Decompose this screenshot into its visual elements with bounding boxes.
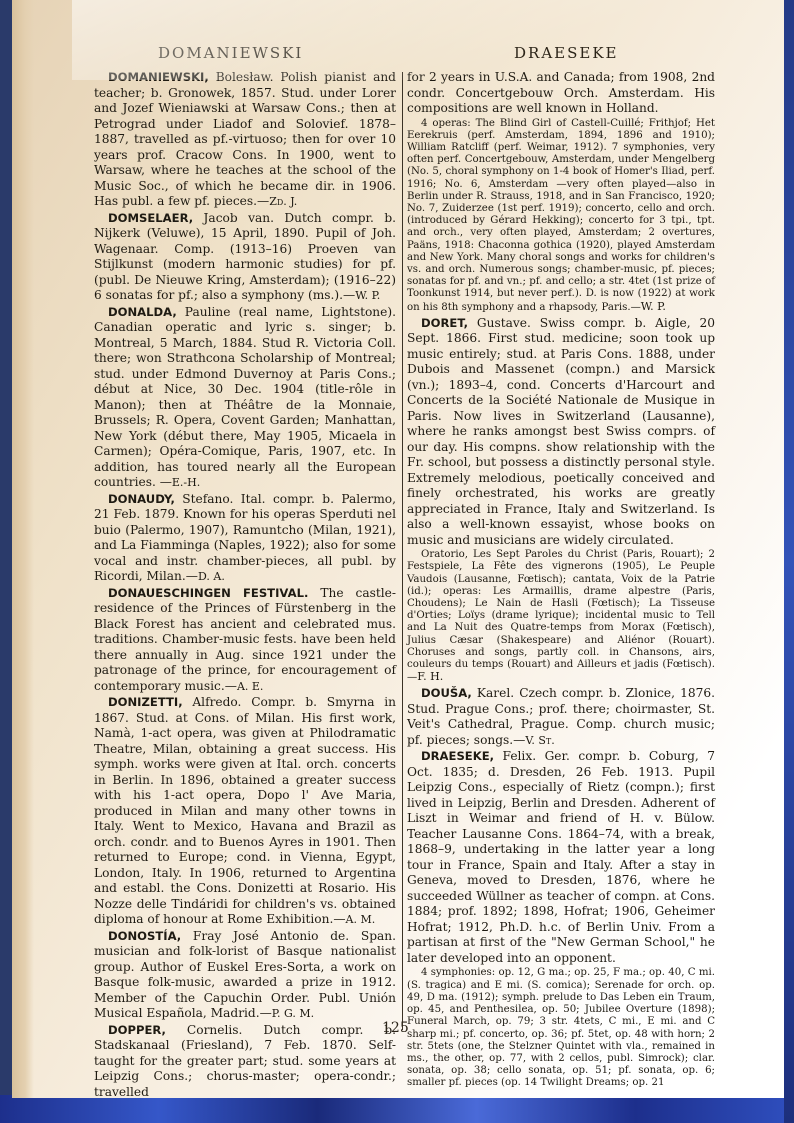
contributor-signature: A. E. bbox=[237, 680, 263, 693]
entry-domselaer: DOMSELAER, Jacob van. Dutch compr. b. Ni… bbox=[94, 211, 396, 304]
column-divider bbox=[402, 72, 403, 1030]
entry-donaudy: DONAUDY, Stefano. Ital. compr. b. Palerm… bbox=[94, 492, 396, 585]
entry-draeseke: DRAESEKE, Felix. Ger. compr. b. Coburg, … bbox=[407, 749, 715, 966]
entry-donaueschingen-festival: DONAUESCHINGEN FESTIVAL. The castle-resi… bbox=[94, 586, 396, 695]
contributor-signature: F. H. bbox=[417, 670, 443, 683]
running-head-left: DOMANIEWSKI bbox=[158, 44, 303, 62]
running-head-right: DRAESEKE bbox=[514, 44, 618, 62]
entry-doret: DORET, Gustave. Swiss compr. b. Aigle, 2… bbox=[407, 316, 715, 549]
contributor-signature: D. A. bbox=[198, 570, 225, 583]
page-number: 125 bbox=[382, 1020, 409, 1036]
right-column: for 2 years in U.S.A. and Canada; from 1… bbox=[407, 70, 715, 1092]
headword: DOMANIEWSKI, bbox=[108, 70, 209, 84]
works-list: 4 operas: The Blind Girl of Castell-Cuil… bbox=[407, 118, 715, 313]
headword: DONOSTÍA, bbox=[108, 929, 181, 943]
contributor-signature: W. P. bbox=[641, 300, 666, 313]
entry-text: Canadian operatic and lyric s. singer; b… bbox=[94, 320, 396, 489]
entry-name: Karel. bbox=[472, 686, 514, 700]
entry-name: Fray José Antonio de. bbox=[181, 929, 349, 943]
headword: DONAUESCHINGEN FESTIVAL. bbox=[108, 586, 308, 600]
entry-draeseke-works: 4 symphonies: op. 12, G ma.; op. 25, F m… bbox=[407, 967, 715, 1089]
entry-name: Gustave. bbox=[468, 316, 531, 330]
headword: DONALDA, bbox=[108, 305, 177, 319]
entry-domaniewski: DOMANIEWSKI, Bolesław. Polish pianist an… bbox=[94, 70, 396, 210]
contributor-signature: P. G. M. bbox=[272, 1007, 314, 1020]
entry-text: Polish pianist and teacher; b. Gronowek,… bbox=[94, 70, 396, 208]
entry-dopper: DOPPER, Cornelis. Dutch compr. b. Stadsk… bbox=[94, 1023, 396, 1101]
left-column: DOMANIEWSKI, Bolesław. Polish pianist an… bbox=[94, 70, 396, 1101]
contributor-signature: Zd. J. bbox=[269, 195, 297, 208]
contributor-signature: V. St. bbox=[525, 734, 554, 747]
book-page: DOMANIEWSKI DRAESEKE DOMANIEWSKI, Bolesł… bbox=[12, 0, 784, 1098]
entry-name: Pauline (real name, Lightstone). bbox=[177, 305, 396, 319]
headword: DONIZETTI, bbox=[108, 695, 183, 709]
headword: DRAESEKE, bbox=[421, 749, 494, 763]
headword: DOMSELAER, bbox=[108, 211, 193, 225]
headword: DOUŠA, bbox=[421, 686, 472, 700]
entry-donalda: DONALDA, Pauline (real name, Lightstone)… bbox=[94, 305, 396, 491]
entry-doret-works: Oratorio, Les Sept Paroles du Christ (Pa… bbox=[407, 549, 715, 684]
entry-text: Swiss compr. b. Aigle, 20 Sept. 1866. Fi… bbox=[407, 316, 715, 547]
works-list: 4 symphonies: op. 12, G ma.; op. 25, F m… bbox=[407, 967, 715, 1088]
headword: DOPPER, bbox=[108, 1023, 166, 1037]
entry-text: Compr. b. Smyrna in 1867. Stud. at Cons.… bbox=[94, 695, 396, 926]
entry-name: Cornelis. bbox=[166, 1023, 242, 1037]
entry-dousa: DOUŠA, Karel. Czech compr. b. Zlonice, 1… bbox=[407, 686, 715, 748]
entry-name: Alfredo. bbox=[183, 695, 242, 709]
entry-name: Jacob van. bbox=[193, 211, 274, 225]
entry-dopper-works: 4 operas: The Blind Girl of Castell-Cuil… bbox=[407, 118, 715, 314]
works-list: Oratorio, Les Sept Paroles du Christ (Pa… bbox=[407, 549, 715, 683]
entry-name: Bolesław. bbox=[209, 70, 274, 84]
entry-name: Felix. bbox=[494, 749, 536, 763]
entry-donostia: DONOSTÍA, Fray José Antonio de. Span. mu… bbox=[94, 929, 396, 1022]
contributor-signature: A. M. bbox=[346, 913, 376, 926]
entry-donizetti: DONIZETTI, Alfredo. Compr. b. Smyrna in … bbox=[94, 695, 396, 928]
entry-name: Stefano. bbox=[175, 492, 234, 506]
headword: DORET, bbox=[421, 316, 468, 330]
entry-text: Ger. compr. b. Coburg, 7 Oct. 1835; d. D… bbox=[407, 749, 715, 965]
contributor-signature: W. P. bbox=[355, 289, 380, 302]
entry-text: The castle-residence of the Princes of F… bbox=[94, 586, 396, 693]
book-cover-right-edge bbox=[784, 0, 794, 1123]
headword: DONAUDY, bbox=[108, 492, 175, 506]
contributor-signature: E.-H. bbox=[172, 476, 200, 489]
entry-dopper-continued: for 2 years in U.S.A. and Canada; from 1… bbox=[407, 70, 715, 117]
